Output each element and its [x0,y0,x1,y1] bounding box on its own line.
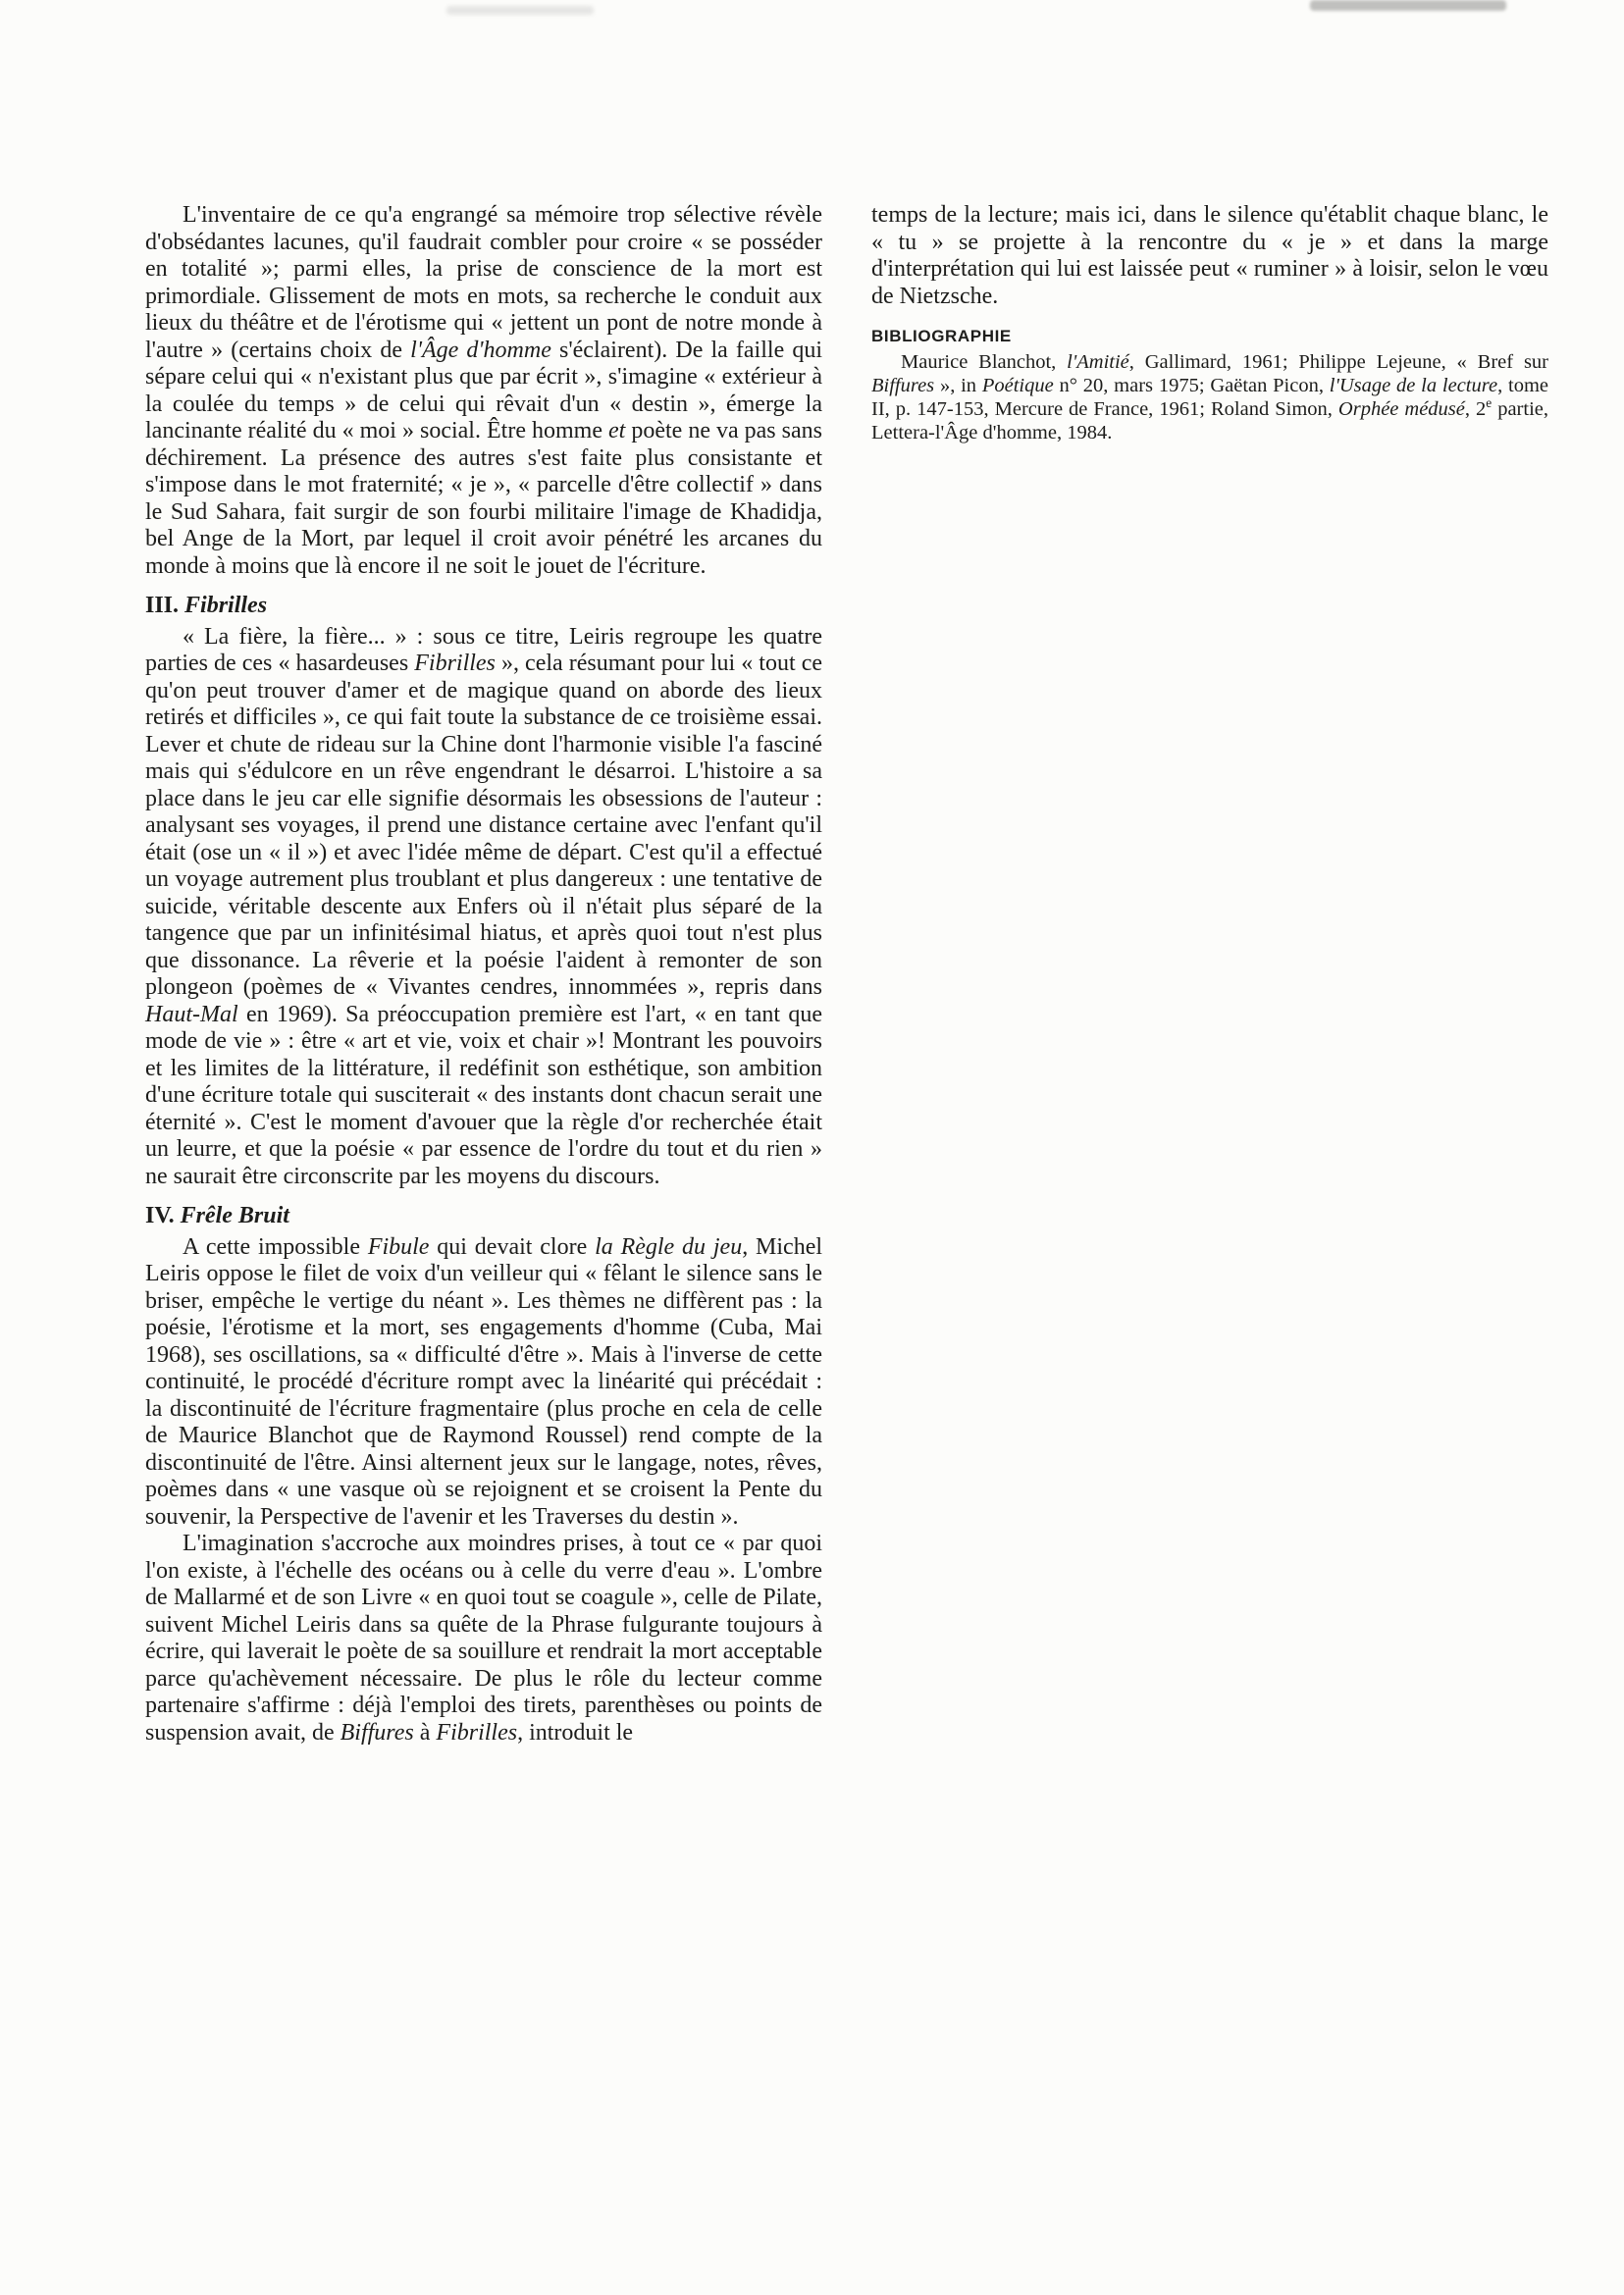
left-column: L'inventaire de ce qu'a engrangé sa mémo… [145,202,822,1747]
continuation-paragraph: temps de la lecture; mais ici, dans le s… [871,202,1548,310]
intro-paragraph: L'inventaire de ce qu'a engrangé sa mémo… [145,202,822,580]
scan-smudge-icon [1310,0,1506,11]
section-iii-paragraph: « La fière, la fière... » : sous ce titr… [145,624,822,1191]
right-column: temps de la lecture; mais ici, dans le s… [871,202,1548,1747]
bibliography-heading: BIBLIOGRAPHIE [871,326,1548,347]
section-iv-paragraph-2: L'imagination s'accroche aux moindres pr… [145,1531,822,1747]
section-heading-iv: IV. Frêle Bruit [145,1203,822,1230]
scan-page: L'inventaire de ce qu'a engrangé sa mémo… [0,0,1624,2295]
section-iv-paragraph-1: A cette impossible Fibule qui devait clo… [145,1234,822,1532]
section-heading-iii: III. Fibrilles [145,593,822,620]
scan-smudge-icon [446,6,594,15]
bibliography-paragraph: Maurice Blanchot, l'Amitié, Gallimard, 1… [871,350,1548,444]
two-column-layout: L'inventaire de ce qu'a engrangé sa mémo… [145,202,1548,1747]
